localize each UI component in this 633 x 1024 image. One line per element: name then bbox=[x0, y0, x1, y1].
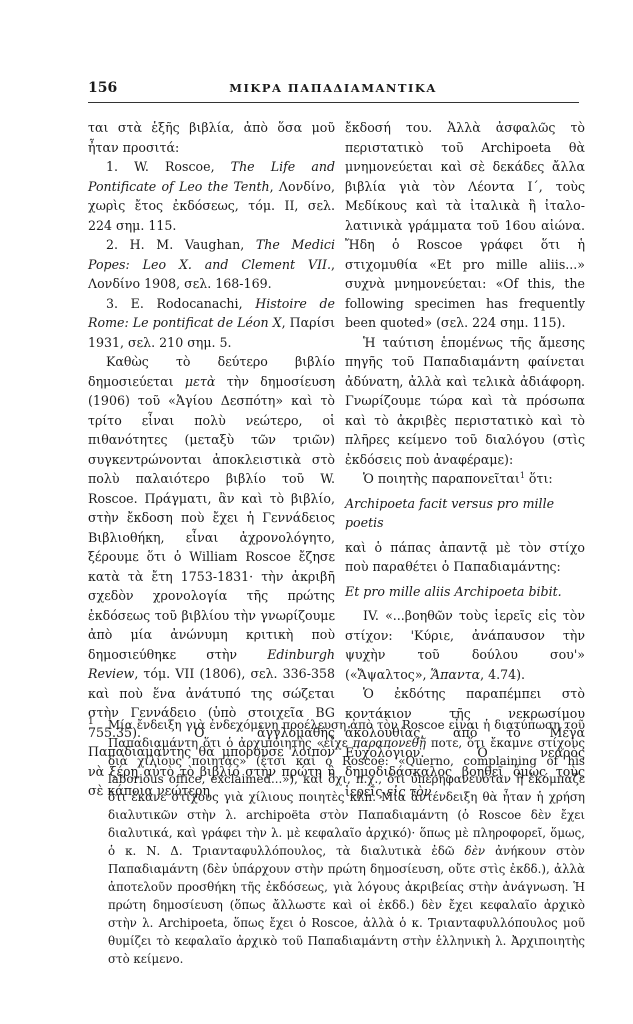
reference-1: 1. W. Roscoe, The Life and Pontificate o… bbox=[88, 157, 335, 235]
verse-quote: Archipoeta facit versus pro mille poetis bbox=[345, 494, 585, 533]
paragraph: Ἡ ταύτιση ἑπομένως τῆς ἄμεσης πηγῆς τοῦ … bbox=[345, 333, 585, 470]
header-rule bbox=[88, 102, 579, 103]
page-header: 156 ΜΙΚΡΑ ΠΑΠΑΔΙΑΜΑΝΤΙΚΑ bbox=[88, 80, 578, 100]
reference-3: 3. E. Rodocanachi, Histoire de Rome: Le … bbox=[88, 294, 335, 353]
reference-2: 2. H. M. Vaughan, The Medici Popes: Leo … bbox=[88, 235, 335, 294]
ref-text: 1. W. Roscoe, bbox=[106, 159, 231, 174]
emphasis: δὲν bbox=[464, 844, 485, 858]
paragraph: καὶ ὁ πάπας ἀπαντᾷ μὲ τὸν στίχο ποὺ παρα… bbox=[345, 538, 585, 577]
footnotes: 1Μία ἔνδειξη γιὰ ἐνδεχόμενη προέλευση ἀπ… bbox=[88, 716, 585, 968]
verse-quote: Et pro mille aliis Archipoeta bibit. bbox=[345, 582, 585, 602]
running-title: ΜΙΚΡΑ ΠΑΠΑΔΙΑΜΑΝΤΙΚΑ bbox=[88, 81, 578, 95]
body-text: ὅτι: bbox=[525, 471, 553, 486]
footnote-text: ποτε, ὅτι ἔκαμνε στίχους διὰ χιλίους ποι… bbox=[108, 736, 585, 858]
left-column: ται στὰ ἑξῆς βιβλία, ἀπὸ ὅσα μοῦ ἦταν πρ… bbox=[88, 118, 335, 801]
body-text: τὴν δημοσίευση (1906) τοῦ «Ἁγίου Δεσπότη… bbox=[88, 374, 335, 662]
emphasis: μετὰ bbox=[185, 374, 215, 389]
ref-text: 2. H. M. Vaughan, bbox=[106, 237, 256, 252]
paragraph: Ὁ ποιητὴς παραπονεῖται1 ὅτι: bbox=[345, 469, 585, 489]
paragraph: IV. «...βοηθῶν τοὺς ἱερεῖς εἰς τὸν στίχο… bbox=[345, 606, 585, 684]
paragraph: ἔκδοσή του. Ἀλλὰ ἀσφαλῶς τὸ περιστατικὸ … bbox=[345, 118, 585, 333]
right-column: ἔκδοσή του. Ἀλλὰ ἀσφαλῶς τὸ περιστατικὸ … bbox=[345, 118, 585, 801]
paragraph: ται στὰ ἑξῆς βιβλία, ἀπὸ ὅσα μοῦ ἦταν πρ… bbox=[88, 118, 335, 157]
footnote-1: 1Μία ἔνδειξη γιὰ ἐνδεχόμενη προέλευση ἀπ… bbox=[88, 716, 585, 968]
book-page: 156 ΜΙΚΡΑ ΠΑΠΑΔΙΑΜΑΝΤΙΚΑ ται στὰ ἑξῆς βι… bbox=[0, 0, 633, 1024]
footnote-text: ἀνήκουν στὸν Παπαδιαμάντη (δὲν ὑπάρχουν … bbox=[108, 844, 585, 966]
body-text: Ὁ ποιητὴς παραπονεῖται bbox=[363, 471, 520, 486]
emphasis: παραπονεθῇ bbox=[353, 736, 426, 750]
footnote-mark: 1 bbox=[88, 713, 94, 731]
body-text: , 4.74). bbox=[480, 667, 525, 682]
ref-text: 3. E. Rodocanachi, bbox=[106, 296, 255, 311]
emphasis: Ἅπαντα bbox=[431, 667, 481, 682]
